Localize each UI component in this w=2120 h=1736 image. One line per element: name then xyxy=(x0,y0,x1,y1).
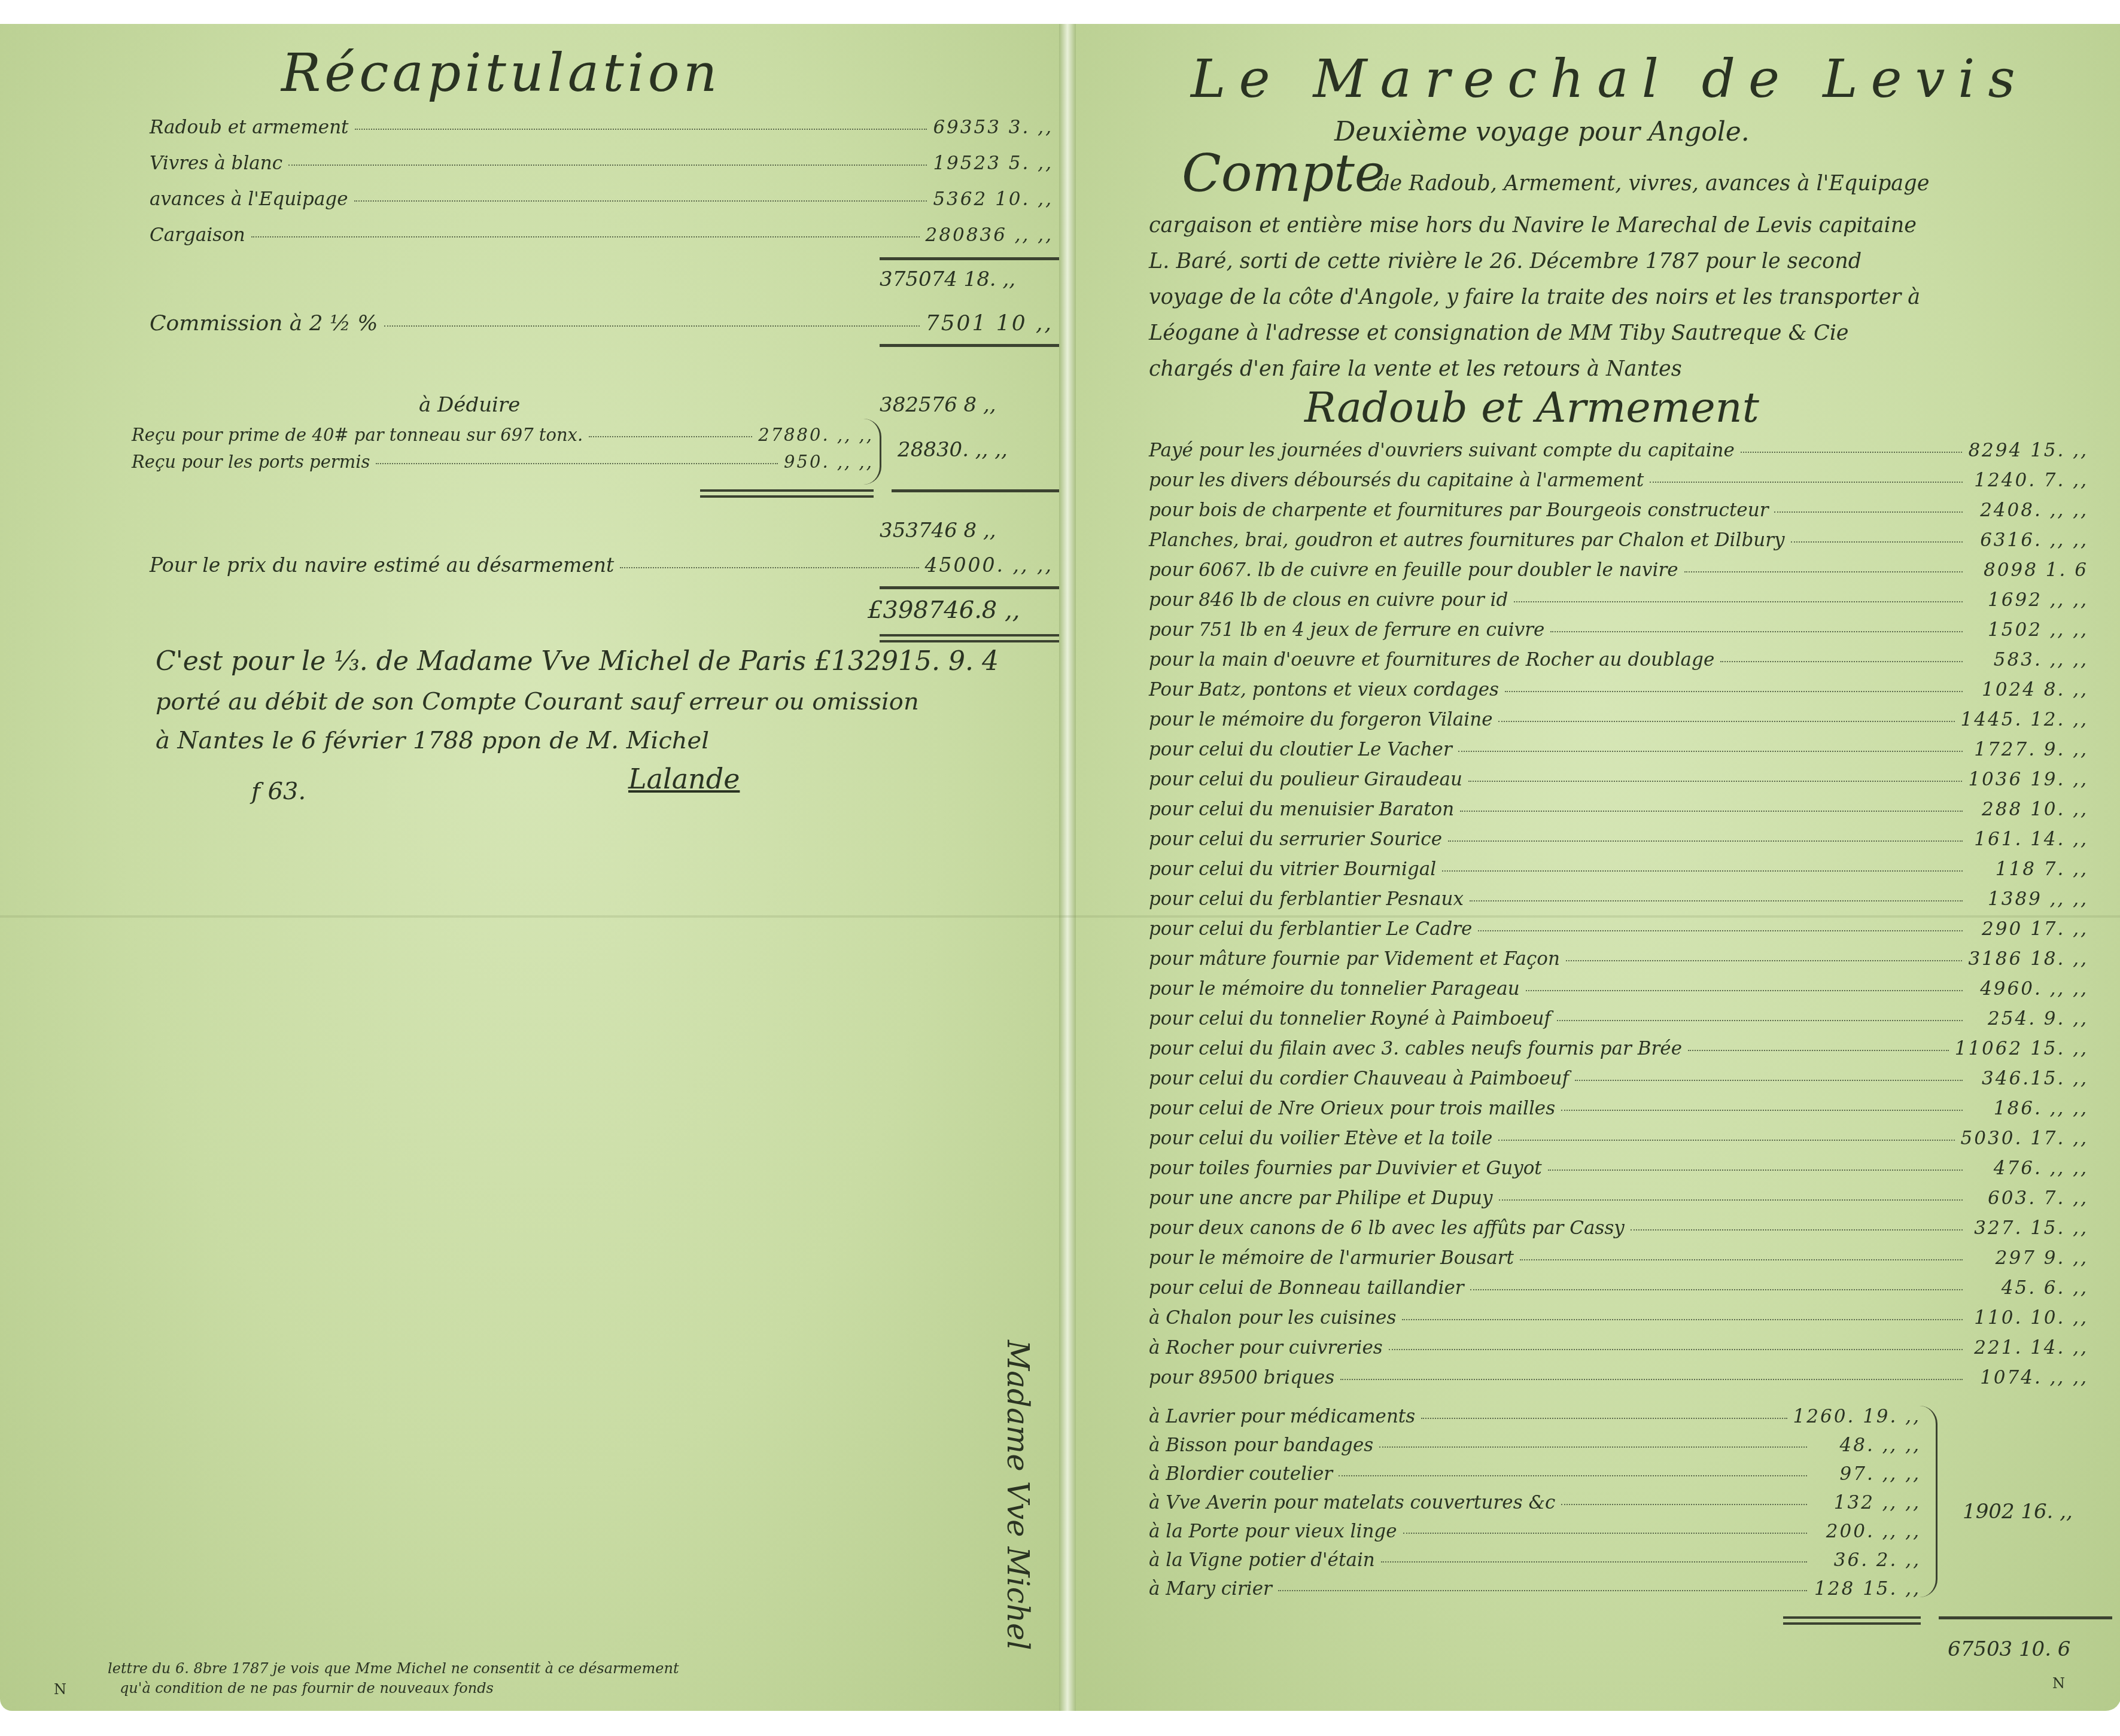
sum-rule xyxy=(880,586,1059,589)
leader-dots xyxy=(1566,960,1962,961)
grand-total: £398746.8 ,, xyxy=(868,598,1020,622)
ledger-row-label: pour celui du tonnelier Royné à Paimboeu… xyxy=(1149,1008,1551,1030)
corner-mark: N xyxy=(54,1681,66,1698)
ledger-sub-row-amount: 97. ,, ,, xyxy=(1813,1463,1921,1485)
ledger-sub-row-amount: 200. ,, ,, xyxy=(1813,1521,1921,1542)
ledger-row-amount: 327. 15. ,, xyxy=(1969,1217,2088,1239)
leader-dots xyxy=(1470,1289,1963,1290)
ledger-row: à Chalon pour les cuisines110. 10. ,, xyxy=(1149,1307,2088,1329)
ledger-row-label: Planches, brai, goudron et autres fourni… xyxy=(1149,529,1785,551)
intro-line: de Radoub, Armement, vivres, avances à l… xyxy=(1376,173,1929,194)
ledger-row-amount: 290 17. ,, xyxy=(1969,918,2088,940)
ledger-sub-row: à Bisson pour bandages48. ,, ,, xyxy=(1149,1435,1921,1456)
ledger-row-label: pour celui du cordier Chauveau à Paimboe… xyxy=(1149,1068,1569,1089)
ledger-sub-row-label: à Mary cirier xyxy=(1149,1578,1272,1600)
folio-mark: f 63. xyxy=(251,778,306,805)
statement-line: C'est pour le ⅓. de Madame Vve Michel de… xyxy=(156,646,999,677)
leader-dots xyxy=(1720,661,1963,662)
ledger-sub-row-label: à la Porte pour vieux linge xyxy=(1149,1521,1397,1542)
recap-row-amount: 19523 5. ,, xyxy=(933,153,1053,174)
statement-line: à Nantes le 6 février 1788 ppon de M. Mi… xyxy=(156,727,709,754)
ledger-row: pour celui du ferblantier Pesnaux1389 ,,… xyxy=(1149,888,2088,910)
footer-note-line: qu'à condition de ne pas fournir de nouv… xyxy=(120,1680,494,1697)
ledger-sub-row-amount: 36. 2. ,, xyxy=(1813,1549,1921,1571)
commission-row: Commission à 2 ½ % 7501 10 ,, xyxy=(150,311,1053,336)
ledger-row-amount: 8294 15. ,, xyxy=(1968,440,2088,461)
deduction-label: Reçu pour les ports permis xyxy=(132,452,370,472)
ledger-row: pour bois de charpente et fournitures pa… xyxy=(1149,500,2088,521)
intro-line: cargaison et entière mise hors du Navire… xyxy=(1149,215,1917,236)
horizontal-fold xyxy=(0,915,2120,918)
ledger-row-amount: 1389 ,, ,, xyxy=(1969,888,2088,910)
ledger-row-label: à Rocher pour cuivreries xyxy=(1149,1337,1383,1359)
leader-dots xyxy=(1478,930,1963,931)
sum-rule xyxy=(880,634,1059,636)
recap-title: Récapitulation xyxy=(281,42,720,103)
ledger-row-label: pour la main d'oeuvre et fournitures de … xyxy=(1149,649,1714,671)
ledger-row-label: pour celui du cloutier Le Vacher xyxy=(1149,739,1452,760)
recap-row: Radoub et armement 69353 3. ,, xyxy=(150,117,1053,138)
ledger-row-amount: 603. 7. ,, xyxy=(1969,1187,2088,1209)
ledger-row: pour celui du menuisier Baraton288 10. ,… xyxy=(1149,799,2088,820)
ledger-row-amount: 1727. 9. ,, xyxy=(1969,739,2088,760)
ledger-row: pour celui du serrurier Sourice161. 14. … xyxy=(1149,829,2088,850)
leader-dots xyxy=(1514,601,1963,602)
ledger-row-amount: 1024 8. ,, xyxy=(1969,679,2088,701)
ledger-row: pour toiles fournies par Duvivier et Guy… xyxy=(1149,1158,2088,1179)
leader-dots xyxy=(1470,900,1963,901)
ledger-row: pour celui du poulieur Giraudeau1036 19.… xyxy=(1149,769,2088,790)
ledger-row: pour le mémoire du forgeron Vilaine1445.… xyxy=(1149,709,2088,730)
ledger-row-label: pour bois de charpente et fournitures pa… xyxy=(1149,500,1768,521)
recap-row: avances à l'Equipage 5362 10. ,, xyxy=(150,188,1053,210)
leader-dots xyxy=(1499,1199,1963,1201)
ledger-sub-row-amount: 132 ,, ,, xyxy=(1813,1492,1921,1513)
ledger-row-label: pour une ancre par Philipe et Dupuy xyxy=(1149,1187,1493,1209)
leader-dots xyxy=(1774,511,1963,513)
ledger-row-amount: 476. ,, ,, xyxy=(1969,1158,2088,1179)
ledger-row: Pour Batz, pontons et vieux cordages1024… xyxy=(1149,679,2088,701)
voyage-subtitle: Deuxième voyage pour Angole. xyxy=(1334,117,1750,147)
ledger-row-label: pour 89500 briques xyxy=(1149,1367,1334,1388)
leader-dots xyxy=(1741,452,1962,453)
ledger-row-amount: 254. 9. ,, xyxy=(1969,1008,2088,1030)
ledger-row-label: pour 751 lb en 4 jeux de ferrure en cuiv… xyxy=(1149,619,1544,641)
subtotal-1: 375074 18. ,, xyxy=(880,269,1015,290)
sub-entries-brace xyxy=(1918,1406,1937,1597)
ledger-row: pour celui du voilier Etève et la toile5… xyxy=(1149,1128,2088,1149)
ledger-sub-row-label: à la Vigne potier d'étain xyxy=(1149,1549,1375,1571)
ledger-row-label: pour 846 lb de clous en cuivre pour id xyxy=(1149,589,1508,611)
statement-line: porté au débit de son Compte Courant sau… xyxy=(156,688,919,715)
ledger-row-label: pour le mémoire de l'armurier Bousart xyxy=(1149,1247,1514,1269)
ledger-row-amount: 297 9. ,, xyxy=(1969,1247,2088,1269)
ledger-sub-row-label: à Lavrier pour médicaments xyxy=(1149,1406,1415,1427)
recap-row-amount: 69353 3. ,, xyxy=(933,117,1053,138)
ledger-row: pour la main d'oeuvre et fournitures de … xyxy=(1149,649,2088,671)
ledger-row: pour une ancre par Philipe et Dupuy603. … xyxy=(1149,1187,2088,1209)
leader-dots xyxy=(1381,1561,1807,1563)
leader-dots xyxy=(1389,1349,1963,1350)
ledger-sub-row: à Mary cirier128 15. ,, xyxy=(1149,1578,1921,1600)
ledger-sub-row-amount: 128 15. ,, xyxy=(1813,1578,1921,1600)
ledger-row: pour celui du ferblantier Le Cadre290 17… xyxy=(1149,918,2088,940)
leader-dots xyxy=(1468,781,1962,782)
recap-row: Vivres à blanc 19523 5. ,, xyxy=(150,153,1053,174)
signature: Lalande xyxy=(628,763,740,795)
ledger-row-label: pour celui de Bonneau taillandier xyxy=(1149,1277,1464,1299)
leader-dots xyxy=(1379,1446,1807,1448)
a-deduire-heading: à Déduire xyxy=(419,395,520,415)
ledger-row-amount: 583. ,, ,, xyxy=(1969,649,2088,671)
sum-rule xyxy=(892,489,1059,492)
subtotal-3: 353746 8 ,, xyxy=(880,520,996,541)
ledger-row-amount: 1074. ,, ,, xyxy=(1969,1367,2088,1388)
leader-dots xyxy=(1498,1140,1954,1141)
ledger-row: pour celui du cordier Chauveau à Paimboe… xyxy=(1149,1068,2088,1089)
ledger-row-amount: 1445. 12. ,, xyxy=(1961,709,2088,730)
ledger-row-amount: 288 10. ,, xyxy=(1969,799,2088,820)
intro-line: Léogane à l'adresse et consignation de M… xyxy=(1149,323,1849,344)
leader-dots xyxy=(1548,1169,1963,1171)
ledger-row-amount: 1036 19. ,, xyxy=(1968,769,2088,790)
leader-dots xyxy=(1278,1590,1807,1591)
leader-dots xyxy=(1557,1020,1963,1021)
leader-dots xyxy=(1339,1475,1807,1476)
compte-heading: Compte xyxy=(1182,144,1385,203)
ledger-row-label: pour le mémoire du forgeron Vilaine xyxy=(1149,709,1492,730)
ledger-row: Planches, brai, goudron et autres fourni… xyxy=(1149,529,2088,551)
ledger-row-amount: 2408. ,, ,, xyxy=(1969,500,2088,521)
ledger-row-label: pour celui du vitrier Bournigal xyxy=(1149,858,1436,880)
ship-price-amount: 45000. ,, ,, xyxy=(925,553,1053,577)
ledger-sub-row: à la Porte pour vieux linge200. ,, ,, xyxy=(1149,1521,1921,1542)
ledger-row: pour les divers déboursés du capitaine à… xyxy=(1149,470,2088,491)
ledger-row-label: pour celui du menuisier Baraton xyxy=(1149,799,1454,820)
ledger-sub-row-amount: 48. ,, ,, xyxy=(1813,1435,1921,1456)
ledger-row-label: pour les divers déboursés du capitaine à… xyxy=(1149,470,1644,491)
ledger-row-label: Payé pour les journées d'ouvriers suivan… xyxy=(1149,440,1735,461)
ledger-row-label: pour celui du ferblantier Le Cadre xyxy=(1149,918,1472,940)
recap-row-amount: 280836 ,, ,, xyxy=(926,224,1053,246)
ledger-sub-row-amount: 1260. 19. ,, xyxy=(1793,1406,1921,1427)
ledger-row-amount: 118 7. ,, xyxy=(1969,858,2088,880)
sum-rule xyxy=(880,344,1059,347)
leader-dots xyxy=(1688,1050,1949,1051)
sum-rule xyxy=(700,489,874,492)
sum-rule xyxy=(1939,1616,2112,1619)
ledger-row-label: pour celui du filain avec 3. cables neuf… xyxy=(1149,1038,1682,1059)
ship-price-row: Pour le prix du navire estimé au désarme… xyxy=(150,553,1053,577)
leader-dots xyxy=(1575,1080,1963,1081)
ledger-row: pour le mémoire de l'armurier Bousart297… xyxy=(1149,1247,2088,1269)
recap-row-label: Radoub et armement xyxy=(150,117,349,138)
recap-row-label: Cargaison xyxy=(150,224,245,246)
leader-dots xyxy=(1791,541,1963,543)
ledger-row-amount: 45. 6. ,, xyxy=(1969,1277,2088,1299)
leader-dots xyxy=(1498,721,1954,722)
deduction-row: Reçu pour les ports permis 950. ,, ,, xyxy=(132,452,874,472)
leader-dots xyxy=(1340,1379,1963,1380)
recap-row-label: avances à l'Equipage xyxy=(150,188,348,210)
leader-dots xyxy=(1442,870,1963,872)
sum-rule xyxy=(880,257,1059,260)
leader-dots xyxy=(1561,1504,1807,1505)
commission-label: Commission à 2 ½ % xyxy=(150,311,378,336)
ledger-row: pour celui de Bonneau taillandier45. 6. … xyxy=(1149,1277,2088,1299)
deduction-amount: 27880. ,, ,, xyxy=(758,425,874,445)
leader-dots xyxy=(1684,571,1963,572)
ledger-row-label: pour celui du voilier Etève et la toile xyxy=(1149,1128,1492,1149)
ledger-row-label: pour toiles fournies par Duvivier et Guy… xyxy=(1149,1158,1542,1179)
intro-line: chargés d'en faire la vente et les retou… xyxy=(1149,359,1682,380)
intro-line: voyage de la côte d'Angole, y faire la t… xyxy=(1149,287,1920,308)
ledger-row: pour celui du vitrier Bournigal118 7. ,, xyxy=(1149,858,2088,880)
ledger-row-label: Pour Batz, pontons et vieux cordages xyxy=(1149,679,1499,701)
ledger-row-label: pour celui du serrurier Sourice xyxy=(1149,829,1442,850)
ledger-row-amount: 1240. 7. ,, xyxy=(1969,470,2088,491)
ship-price-label: Pour le prix du navire estimé au désarme… xyxy=(150,553,614,577)
ledger-sub-row-label: à Bisson pour bandages xyxy=(1149,1435,1373,1456)
leader-dots xyxy=(1460,811,1963,812)
leader-dots xyxy=(1550,631,1963,632)
ledger-row-amount: 4960. ,, ,, xyxy=(1969,978,2088,1000)
ledger-row-amount: 161. 14. ,, xyxy=(1969,829,2088,850)
ledger-row-amount: 110. 10. ,, xyxy=(1969,1307,2088,1329)
ledger-row-amount: 6316. ,, ,, xyxy=(1969,529,2088,551)
leader-dots xyxy=(1526,990,1963,991)
leader-dots xyxy=(1402,1319,1963,1320)
leader-dots xyxy=(1520,1259,1963,1260)
ledger-row: pour celui du tonnelier Royné à Paimboeu… xyxy=(1149,1008,2088,1030)
ledger-row: pour deux canons de 6 lb avec les affûts… xyxy=(1149,1217,2088,1239)
intro-line: L. Baré, sorti de cette rivière le 26. D… xyxy=(1149,251,1862,272)
ledger-row-amount: 11062 15. ,, xyxy=(1955,1038,2088,1059)
deduction-amount: 950. ,, ,, xyxy=(784,452,874,472)
leader-dots xyxy=(1421,1418,1787,1419)
ledger-row: pour 6067. lb de cuivre en feuille pour … xyxy=(1149,559,2088,581)
section-title: Radoub et Armement xyxy=(1304,383,1759,432)
ledger-sub-row-label: à Blordier coutelier xyxy=(1149,1463,1333,1485)
leader-dots xyxy=(1448,840,1963,842)
ledger-row: pour celui du filain avec 3. cables neuf… xyxy=(1149,1038,2088,1059)
ledger-sub-row: à Vve Averin pour matelats couvertures &… xyxy=(1149,1492,1921,1513)
deduction-row: Reçu pour prime de 40# par tonneau sur 6… xyxy=(132,425,874,445)
ledger-row: pour celui du cloutier Le Vacher1727. 9.… xyxy=(1149,739,2088,760)
leader-dots xyxy=(1561,1110,1963,1111)
recap-row-label: Vivres à blanc xyxy=(150,153,282,174)
ledger-sub-row-label: à Vve Averin pour matelats couvertures &… xyxy=(1149,1492,1555,1513)
leader-dots xyxy=(1505,691,1963,692)
ledger-row-amount: 346.15. ,, xyxy=(1969,1068,2088,1089)
ledger-row-amount: 8098 1. 6 xyxy=(1969,559,2088,581)
corner-mark: N xyxy=(2052,1675,2065,1692)
ledger-row: pour mâture fournie par Videment et Faço… xyxy=(1149,948,2088,970)
ledger-row-amount: 1502 ,, ,, xyxy=(1969,619,2088,641)
ledger-row-amount: 5030. 17. ,, xyxy=(1961,1128,2088,1149)
deduction-brace xyxy=(862,419,881,485)
sum-rule xyxy=(1783,1616,1921,1619)
ledger-row-label: pour celui de Nre Orieux pour trois mail… xyxy=(1149,1098,1555,1119)
ship-title: Le Marechal de Levis xyxy=(1191,48,2028,109)
ledger-row: Payé pour les journées d'ouvriers suivan… xyxy=(1149,440,2088,461)
ledger-row-label: pour celui du poulieur Giraudeau xyxy=(1149,769,1462,790)
recap-row-amount: 5362 10. ,, xyxy=(933,188,1053,210)
ledger-sub-row: à Blordier coutelier97. ,, ,, xyxy=(1149,1463,1921,1485)
ledger-row-amount: 3186 18. ,, xyxy=(1968,948,2088,970)
ledger-row-label: pour deux canons de 6 lb avec les affûts… xyxy=(1149,1217,1625,1239)
ledger-row-amount: 186. ,, ,, xyxy=(1969,1098,2088,1119)
ledger-row: pour 89500 briques1074. ,, ,, xyxy=(1149,1367,2088,1388)
subtotal-2: 382576 8 ,, xyxy=(880,395,996,415)
ledger-row-label: pour 6067. lb de cuivre en feuille pour … xyxy=(1149,559,1678,581)
ledger-row-amount: 1692 ,, ,, xyxy=(1969,589,2088,611)
leader-dots xyxy=(1458,751,1963,752)
ledger-row: pour le mémoire du tonnelier Parageau496… xyxy=(1149,978,2088,1000)
ledger-row: pour 751 lb en 4 jeux de ferrure en cuiv… xyxy=(1149,619,2088,641)
ledger-row-label: à Chalon pour les cuisines xyxy=(1149,1307,1396,1329)
footer-note-line: lettre du 6. 8bre 1787 je vois que Mme M… xyxy=(108,1660,679,1677)
ledger-row: pour celui de Nre Orieux pour trois mail… xyxy=(1149,1098,2088,1119)
ledger-sub-row: à Lavrier pour médicaments1260. 19. ,, xyxy=(1149,1406,1921,1427)
center-fold xyxy=(1059,24,1076,1711)
vertical-margin-note: Madame Vve Michel xyxy=(1000,1340,1035,1650)
commission-amount: 7501 10 ,, xyxy=(926,311,1053,336)
recap-row: Cargaison 280836 ,, ,, xyxy=(150,224,1053,246)
ledger-row-amount: 221. 14. ,, xyxy=(1969,1337,2088,1359)
ledger-row: à Rocher pour cuivreries221. 14. ,, xyxy=(1149,1337,2088,1359)
leader-dots xyxy=(1631,1229,1963,1231)
leader-dots xyxy=(1403,1533,1807,1534)
ledger-sub-row: à la Vigne potier d'étain36. 2. ,, xyxy=(1149,1549,1921,1571)
sub-entries-total: 1902 16. ,, xyxy=(1963,1502,2073,1522)
deductions-total: 28830. ,, ,, xyxy=(898,440,1008,460)
ledger-row-label: pour mâture fournie par Videment et Faço… xyxy=(1149,948,1560,970)
deduction-label: Reçu pour prime de 40# par tonneau sur 6… xyxy=(132,425,583,445)
ledger-row-label: pour celui du ferblantier Pesnaux xyxy=(1149,888,1464,910)
ledger-row: pour 846 lb de clous en cuivre pour id16… xyxy=(1149,589,2088,611)
leader-dots xyxy=(1650,482,1963,483)
ledger-row-label: pour le mémoire du tonnelier Parageau xyxy=(1149,978,1520,1000)
page-total: 67503 10. 6 xyxy=(1948,1639,2070,1659)
